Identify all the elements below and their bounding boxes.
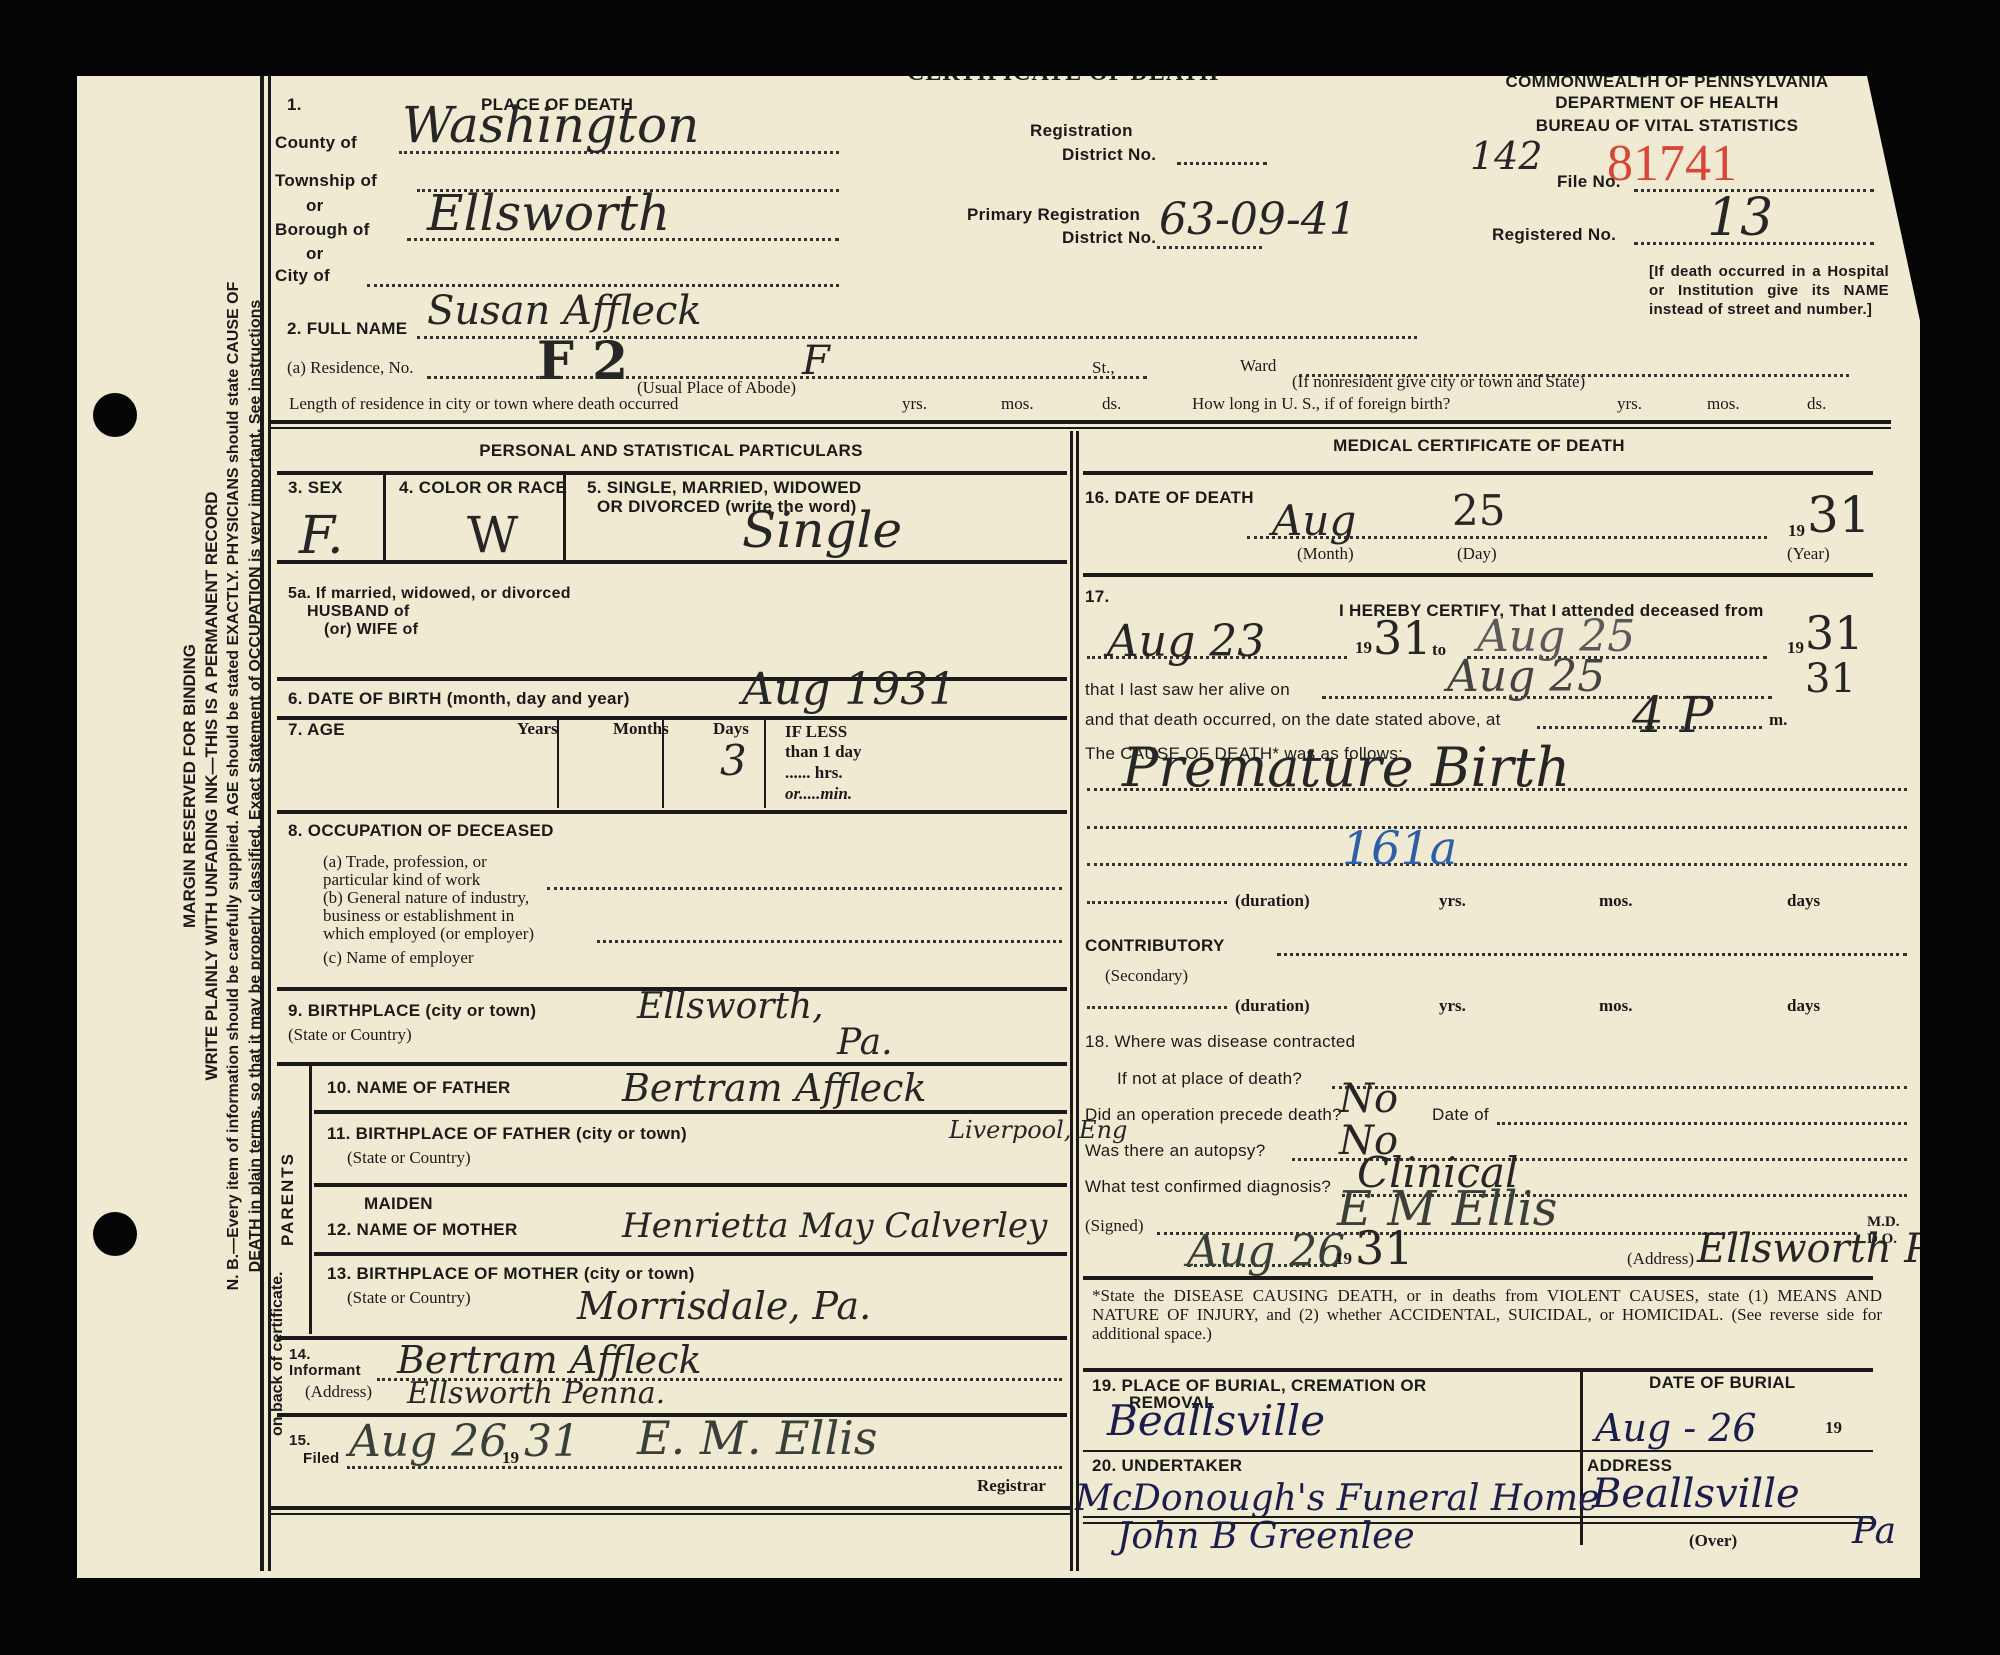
birthplace-label: 9. BIRTHPLACE (city or town) <box>288 1001 536 1021</box>
burial-address-state[interactable]: Pa <box>1852 1511 1896 1552</box>
cell-divider <box>662 718 664 808</box>
margin-divider <box>268 76 271 1571</box>
spouse-label-2: HUSBAND of <box>307 603 410 621</box>
ds-label: ds. <box>1102 394 1121 414</box>
parents-divider <box>309 1066 312 1334</box>
mos-label: mos. <box>1599 891 1633 911</box>
months-label: Months <box>613 719 669 739</box>
maiden-label: MAIDEN <box>364 1194 433 1214</box>
filed-label: Filed <box>303 1450 340 1467</box>
dod-year[interactable]: 31 <box>1807 486 1871 544</box>
last-saw-label: that I last saw her alive on <box>1085 680 1290 700</box>
race-label: 4. COLOR OR RACE <box>399 478 567 498</box>
to-label: to <box>1432 640 1446 660</box>
less-than-day-1: IF LESS <box>785 722 847 742</box>
cause-field-2 <box>1087 826 1907 829</box>
full-name-value[interactable]: Susan Affleck <box>427 288 702 334</box>
yrs-label: yrs. <box>902 394 927 414</box>
occupation-b-1: (b) General nature of industry, <box>323 888 529 908</box>
rule <box>1083 1276 1873 1280</box>
filed-year-prefix: 19 <box>502 1448 519 1468</box>
agency-line-3: BUREAU OF VITAL STATISTICS <box>1477 116 1857 136</box>
birthplace-state-value[interactable]: Pa. <box>837 1022 893 1063</box>
less-than-day-2: than 1 day <box>785 742 862 762</box>
last-saw-year[interactable]: 31 <box>1805 656 1856 702</box>
item-1-number: 1. <box>287 95 302 115</box>
margin-nb-1: N. B.—Every item of information should b… <box>223 76 245 1496</box>
residence-label: (a) Residence, No. <box>287 358 414 378</box>
rule <box>277 560 1067 564</box>
duration-label: (duration) <box>1235 891 1310 911</box>
section-rule <box>271 420 1891 424</box>
mother-birth-state: (State or Country) <box>347 1288 471 1308</box>
occupation-a-1: (a) Trade, profession, or <box>323 852 487 872</box>
marital-label-1: 5. SINGLE, MARRIED, WIDOWED <box>587 478 861 498</box>
rule <box>1083 573 1873 577</box>
contracted-label: 18. Where was disease contracted <box>1085 1032 1355 1052</box>
registered-no-value[interactable]: 13 <box>1707 188 1773 248</box>
file-no-label: File No. <box>1557 172 1621 192</box>
burial-address-value[interactable]: Beallsville <box>1592 1471 1800 1517</box>
year-caption: (Year) <box>1787 544 1830 564</box>
personal-section-title: PERSONAL AND STATISTICAL PARTICULARS <box>271 441 1071 461</box>
primary-district-label: District No. <box>1062 228 1156 248</box>
rule <box>277 716 1067 720</box>
spouse-label-1: 5a. If married, widowed, or divorced <box>288 585 571 603</box>
test-label: What test confirmed diagnosis? <box>1085 1177 1331 1197</box>
rule <box>1083 471 1873 475</box>
date-of-label: Date of <box>1432 1105 1489 1125</box>
date-of-field <box>1497 1122 1907 1125</box>
marital-value[interactable]: Single <box>742 501 902 559</box>
filed-date-value[interactable]: Aug 26 <box>349 1416 507 1467</box>
age-label: 7. AGE <box>288 720 345 740</box>
spouse-label-3: (or) WIFE of <box>324 621 418 639</box>
birthplace-value[interactable]: Ellsworth, <box>637 986 824 1027</box>
duration-field <box>1087 901 1227 904</box>
dob-label: 6. DATE OF BIRTH (month, day and year) <box>288 689 630 709</box>
county-label: County of <box>275 133 357 153</box>
operation-value[interactable]: No <box>1339 1076 1398 1122</box>
burial-date-value[interactable]: Aug - 26 <box>1595 1406 1757 1450</box>
rule <box>314 1183 1067 1187</box>
cause-field-3 <box>1087 863 1907 866</box>
mother-birth-label: 13. BIRTHPLACE OF MOTHER (city or town) <box>327 1264 695 1284</box>
occupation-a-field <box>547 887 1062 890</box>
father-birth-state: (State or Country) <box>347 1148 471 1168</box>
district-field <box>1177 162 1267 165</box>
dod-month[interactable]: Aug <box>1272 496 1356 545</box>
yrs-label: yrs. <box>1439 996 1466 1016</box>
days-label: days <box>1787 996 1820 1016</box>
undertaker-value[interactable]: McDonough's Funeral Home <box>1075 1478 1599 1519</box>
years-label: Years <box>517 719 558 739</box>
day-caption: (Day) <box>1457 544 1497 564</box>
cause-code[interactable]: 161a <box>1342 821 1457 875</box>
borough-label: Borough of <box>275 220 370 240</box>
death-time-label: and that death occurred, on the date sta… <box>1085 710 1501 730</box>
hospital-note: [If death occurred in a Hospital or Inst… <box>1649 262 1889 319</box>
cell-divider <box>563 474 566 560</box>
informant-number: 14. <box>289 1346 311 1363</box>
attended-to-year[interactable]: 31 <box>1805 606 1864 660</box>
cause-value[interactable]: Premature Birth <box>1122 736 1570 799</box>
mos-label: mos. <box>1001 394 1034 414</box>
rule <box>271 1513 1071 1515</box>
contributory-field <box>1277 953 1907 956</box>
signed-year-value[interactable]: 31 <box>1355 1221 1414 1275</box>
father-value[interactable]: Bertram Affleck <box>622 1066 926 1110</box>
certify-number: 17. <box>1085 587 1110 607</box>
agency-line-2: DEPARTMENT OF HEALTH <box>1477 93 1857 113</box>
occupation-b-field <box>597 940 1062 943</box>
occupation-a-2: particular kind of work <box>323 870 480 890</box>
borough-value[interactable]: Ellsworth <box>427 184 670 242</box>
rule <box>314 1110 1067 1114</box>
dod-label: 16. DATE OF DEATH <box>1085 488 1254 508</box>
days-label: days <box>1787 891 1820 911</box>
informant-label: Informant <box>289 1362 361 1379</box>
foreign-birth-label: How long in U. S., if of foreign birth? <box>1192 394 1450 414</box>
primary-district-field <box>1157 246 1262 249</box>
rule <box>314 1252 1067 1256</box>
county-value[interactable]: Washington <box>402 96 699 154</box>
secondary-duration-field <box>1087 1006 1227 1009</box>
certificate-title: CERTIFICATE OF DEATH <box>907 60 1219 87</box>
last-saw-value[interactable]: Aug 25 <box>1447 651 1605 702</box>
days-value[interactable]: 3 <box>720 736 747 785</box>
primary-registration-label: Primary Registration <box>967 205 1140 225</box>
file-number-value: 81741 <box>1607 134 1737 193</box>
primary-registration-value[interactable]: 63-09-41 <box>1159 194 1357 245</box>
duration-label: (duration) <box>1235 996 1310 1016</box>
dod-year-prefix: 19 <box>1788 521 1805 541</box>
attended-from-year-prefix: 19 <box>1355 638 1372 658</box>
rule <box>277 810 1067 814</box>
cell-divider <box>764 718 766 808</box>
yrs-label: yrs. <box>1439 891 1466 911</box>
mother-birth-value[interactable]: Morrisdale, Pa. <box>577 1284 871 1328</box>
occupation-b-2: business or establishment in <box>323 906 514 926</box>
hole-punch <box>93 393 137 437</box>
occupation-b-3: which employed (or employer) <box>323 924 534 944</box>
column-divider <box>1070 431 1073 1571</box>
occupation-label: 8. OCCUPATION OF DECEASED <box>288 821 554 841</box>
sex-label: 3. SEX <box>288 478 343 498</box>
operation-label: Did an operation precede death? <box>1085 1105 1342 1125</box>
not-place-field <box>1332 1086 1907 1089</box>
less-than-day-3: ...... hrs. <box>785 763 843 783</box>
residence-value[interactable]: F 2 <box>537 331 628 392</box>
death-time-value[interactable]: 4 P <box>1632 686 1713 744</box>
father-label: 10. NAME OF FATHER <box>327 1078 511 1098</box>
burial-date-label: DATE OF BURIAL <box>1649 1373 1795 1393</box>
ward-label: Ward <box>1240 356 1276 376</box>
sex-value[interactable]: F. <box>299 506 344 566</box>
full-name-label: 2. FULL NAME <box>287 319 407 339</box>
ds-label: ds. <box>1807 394 1826 414</box>
month-caption: (Month) <box>1297 544 1354 564</box>
township-label: Township of <box>275 171 377 191</box>
hole-punch <box>93 1212 137 1256</box>
dod-day[interactable]: 25 <box>1452 486 1505 535</box>
attended-from-year[interactable]: 31 <box>1373 611 1432 665</box>
not-place-label: If not at place of death? <box>1117 1069 1302 1089</box>
filed-year-value[interactable]: 31 <box>524 1416 580 1467</box>
signed-label: (Signed) <box>1085 1216 1144 1236</box>
signed-address-label: (Address) <box>1627 1249 1694 1269</box>
margin-divider <box>260 76 264 1571</box>
parents-side-label: PARENTS <box>278 1152 298 1246</box>
autopsy-label: Was there an autopsy? <box>1085 1141 1266 1161</box>
m-label: m. <box>1769 710 1787 730</box>
agency-line-1: COMMONWEALTH OF PENNSYLVANIA <box>1477 72 1857 92</box>
or-label: or <box>306 244 324 264</box>
cell-divider <box>557 718 559 808</box>
registration-label: Registration <box>1030 121 1133 141</box>
over-label: (Over) <box>1689 1531 1737 1551</box>
contributory-label: CONTRIBUTORY <box>1085 936 1225 956</box>
mos-label: mos. <box>1707 394 1740 414</box>
less-than-day-4: or.....min. <box>785 784 852 804</box>
secondary-label: (Secondary) <box>1105 966 1188 986</box>
margin-binding: MARGIN RESERVED FOR BINDING <box>179 76 201 1496</box>
registrar-label: Registrar <box>977 1476 1046 1496</box>
burial-place-value[interactable]: Beallsville <box>1107 1396 1325 1445</box>
informant-address-label: (Address) <box>305 1382 372 1402</box>
attended-from-value[interactable]: Aug 23 <box>1107 616 1265 667</box>
st-label: St., <box>1092 358 1115 378</box>
city-label: City of <box>275 266 330 286</box>
rule <box>1083 1368 1873 1372</box>
mother-label: 12. NAME OF MOTHER <box>327 1220 518 1240</box>
medical-section-title: MEDICAL CERTIFICATE OF DEATH <box>1079 436 1879 456</box>
signed-year-prefix: 19 <box>1335 1249 1352 1269</box>
attended-to-year-prefix: 19 <box>1787 638 1804 658</box>
yrs-label: yrs. <box>1617 394 1642 414</box>
rule <box>277 471 1067 475</box>
informant-address-value[interactable]: Ellsworth Penna. <box>407 1376 665 1411</box>
length-residence-label: Length of residence in city or town wher… <box>289 394 678 414</box>
signed-date-value[interactable]: Aug 26 <box>1187 1226 1345 1277</box>
undertaker-label: 20. UNDERTAKER <box>1092 1456 1242 1476</box>
mother-value[interactable]: Henrietta May Calverley <box>622 1206 1047 1246</box>
district-label: District No. <box>1062 145 1156 165</box>
undertaker-name[interactable]: John B Greenlee <box>1117 1516 1415 1557</box>
margin-ink: WRITE PLAINLY WITH UNFADING INK—THIS IS … <box>201 76 223 1496</box>
rule <box>1083 1450 1873 1452</box>
race-value[interactable]: W <box>467 506 518 564</box>
city-field <box>367 284 839 287</box>
filed-number: 15. <box>289 1432 311 1449</box>
or-label: or <box>306 196 324 216</box>
margin-instructions: MARGIN RESERVED FOR BINDING WRITE PLAINL… <box>179 76 289 1496</box>
burial-year-prefix: 19 <box>1825 1418 1842 1438</box>
registered-no-label: Registered No. <box>1492 225 1616 245</box>
father-birth-label: 11. BIRTHPLACE OF FATHER (city or town) <box>327 1124 687 1144</box>
dob-value[interactable]: Aug 1931 <box>742 664 956 715</box>
nonresident-note: (If nonresident give city or town and St… <box>1292 372 1585 392</box>
medical-footnote: *State the DISEASE CAUSING DEATH, or in … <box>1092 1286 1882 1343</box>
registration-district-value[interactable]: 142 <box>1470 134 1543 178</box>
birthplace-state-label: (State or Country) <box>288 1025 412 1045</box>
rule <box>271 1506 1071 1510</box>
death-certificate: MARGIN RESERVED FOR BINDING WRITE PLAINL… <box>77 76 1920 1578</box>
section-rule <box>271 427 1891 429</box>
column-divider <box>1076 431 1079 1571</box>
signed-address-value[interactable]: Ellsworth Pa. <box>1697 1226 1966 1272</box>
mos-label: mos. <box>1599 996 1633 1016</box>
occupation-c: (c) Name of employer <box>323 948 474 968</box>
cell-divider <box>383 474 386 560</box>
residence-extra-value[interactable]: F <box>802 338 830 384</box>
registrar-signature[interactable]: E. M. Ellis <box>637 1411 878 1465</box>
